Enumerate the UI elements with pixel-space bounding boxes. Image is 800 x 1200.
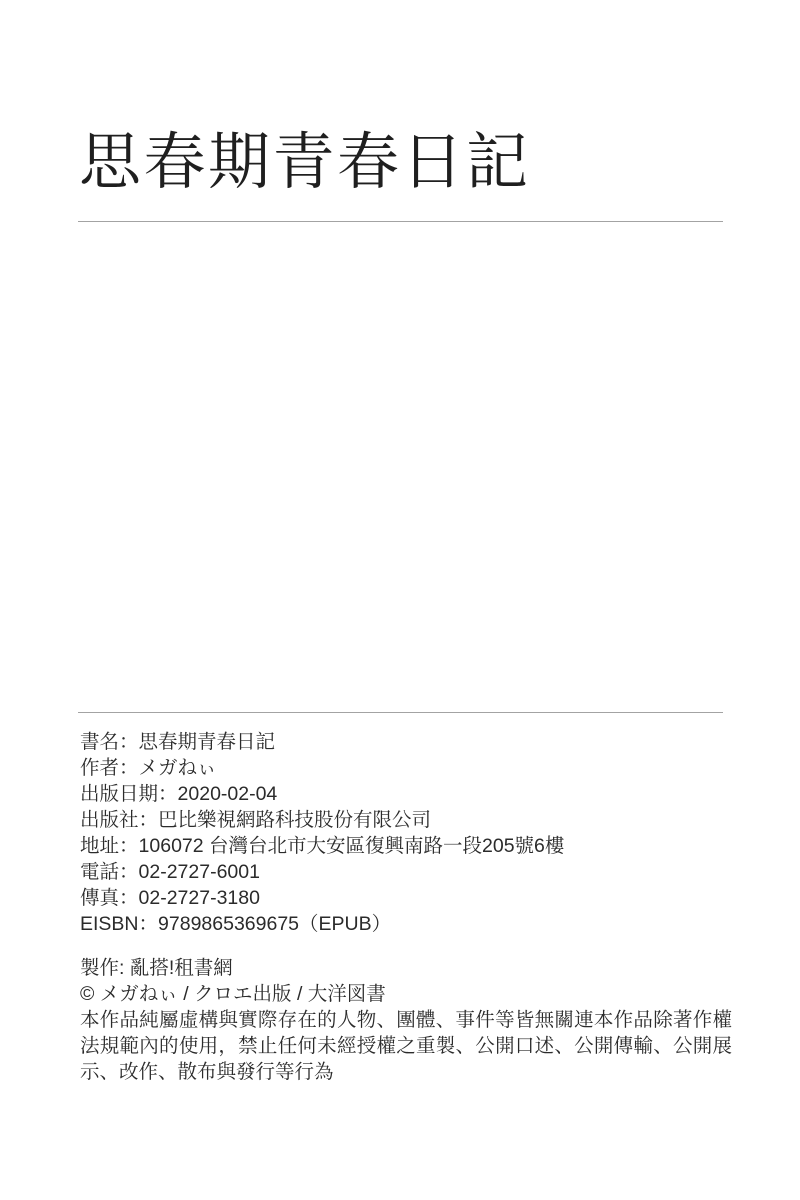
colophon-row-phone: 電話：02-2727-6001 (80, 859, 732, 885)
colophon-row-publisher: 出版社：巴比樂視網路科技股份有限公司 (80, 807, 732, 833)
colon-separator: ： (119, 861, 139, 883)
colophon-page: 思春期青春日記 書名：思春期青春日記 作者：メガねぃ 出版日期：2020-02-… (0, 0, 800, 1200)
field-value: 02-2727-6001 (139, 861, 260, 883)
colophon-row-author: 作者：メガねぃ (80, 755, 732, 781)
copyright-line: © メガねぃ / クロエ出版 / 大洋図書 (80, 981, 732, 1007)
colophon-row-address: 地址：106072 台灣台北市大安區復興南路一段205號6樓 (80, 833, 732, 859)
field-value: 巴比樂視網路科技股份有限公司 (158, 809, 431, 831)
book-title: 思春期青春日記 (79, 127, 531, 198)
field-label: 傳真 (80, 887, 119, 909)
field-label: 作者 (80, 757, 119, 779)
field-label: 電話 (80, 861, 119, 883)
colon-separator: ： (158, 783, 178, 805)
colophon-row-book-name: 書名：思春期青春日記 (80, 729, 732, 755)
colon-separator: ： (119, 757, 139, 779)
field-label: EISBN (80, 913, 139, 935)
colon-separator: ： (119, 835, 139, 857)
field-value: メガねぃ (139, 757, 217, 779)
production-credit: 製作: 亂搭!租書網 (80, 955, 732, 981)
field-value: 9789865369675（EPUB） (158, 913, 391, 935)
colon-separator: ： (139, 913, 159, 935)
field-value: 思春期青春日記 (139, 731, 276, 753)
field-value: 2020-02-04 (178, 783, 278, 805)
colon-separator: ： (119, 887, 139, 909)
field-label: 出版社 (80, 809, 139, 831)
colophon-divider (78, 712, 723, 713)
colon-separator: ： (139, 809, 159, 831)
colon-separator: ： (119, 731, 139, 753)
field-label: 出版日期 (80, 783, 158, 805)
colophon-row-fax: 傳真：02-2727-3180 (80, 885, 732, 911)
field-label: 地址 (80, 835, 119, 857)
colophon-row-eisbn: EISBN：9789865369675（EPUB） (80, 911, 732, 937)
credits-block: 製作: 亂搭!租書網 © メガねぃ / クロエ出版 / 大洋図書 本作品純屬虛構… (80, 955, 732, 1085)
colophon-row-publish-date: 出版日期：2020-02-04 (80, 781, 732, 807)
colophon-metadata: 書名：思春期青春日記 作者：メガねぃ 出版日期：2020-02-04 出版社：巴… (80, 729, 732, 937)
field-label: 書名 (80, 731, 119, 753)
field-value: 02-2727-3180 (139, 887, 260, 909)
title-divider (78, 221, 723, 222)
disclaimer-text: 本作品純屬虛構與實際存在的人物、團體、事件等皆無關連本作品除著作權法規範內的使用… (80, 1007, 732, 1085)
field-value: 106072 台灣台北市大安區復興南路一段205號6樓 (139, 835, 565, 857)
